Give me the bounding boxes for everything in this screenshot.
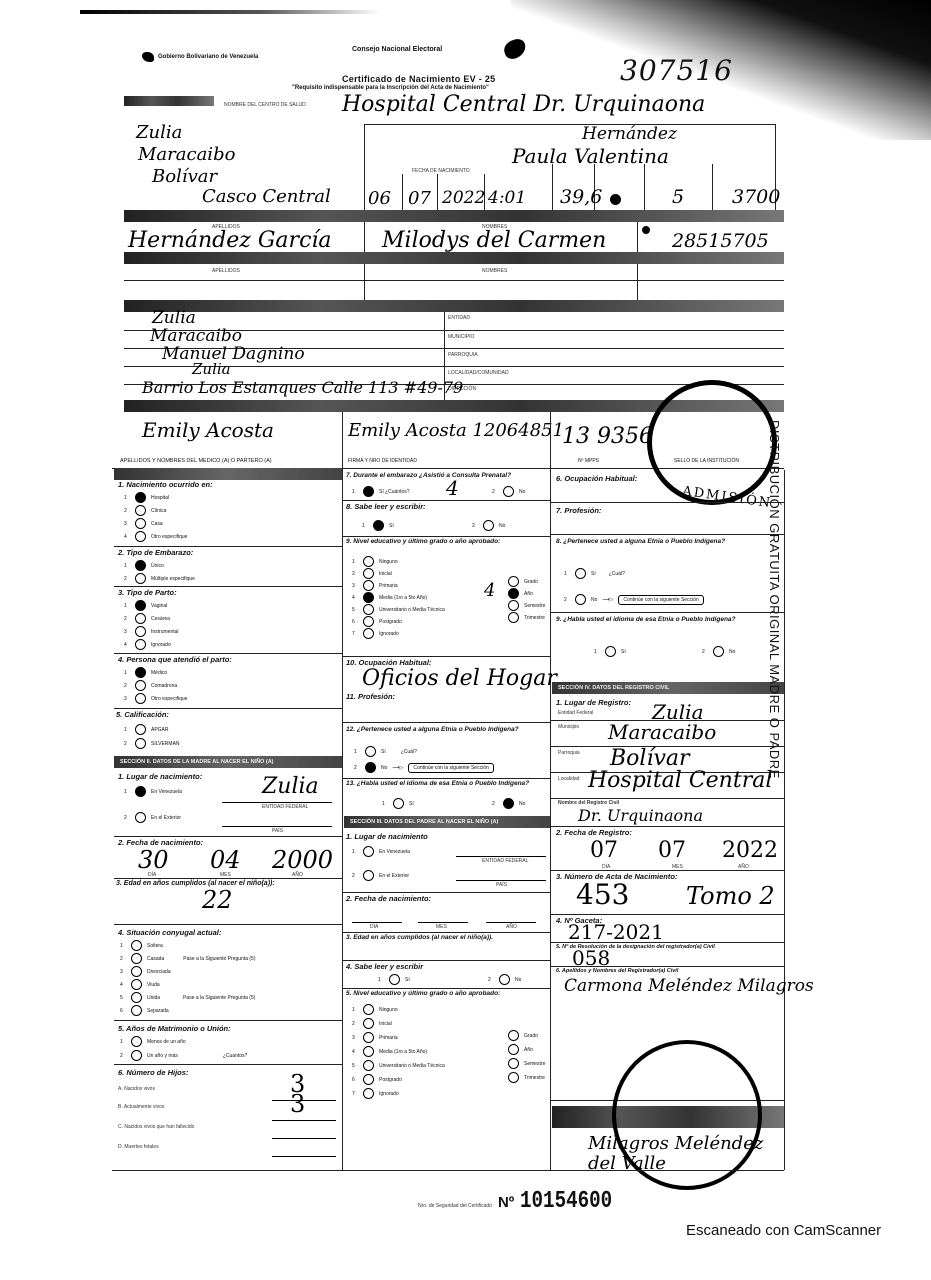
option-label: En Venezuela	[151, 789, 182, 795]
edu-option[interactable]: 6Postgrado	[352, 616, 402, 627]
option-label: Sí	[591, 571, 596, 577]
divider	[550, 502, 784, 503]
radio[interactable]	[131, 992, 142, 1003]
divider	[550, 966, 784, 967]
option-cesarea[interactable]: 2Cesárea	[124, 613, 170, 624]
radio[interactable]	[508, 600, 519, 611]
divider	[342, 722, 550, 723]
edu-option[interactable]: 7Ignorado	[352, 628, 399, 639]
option-label: Grado	[524, 1033, 538, 1039]
option-prenatal-yes[interactable]: 1Sí ¿Cuántos?	[352, 486, 410, 497]
gov-logo: Gobierno Bolivariano de Venezuela	[142, 52, 258, 62]
arrow-icon: ⟶▷	[602, 597, 613, 603]
option-instrumental[interactable]: 3Instrumental	[124, 626, 179, 637]
radio[interactable]	[363, 604, 374, 615]
edu-option[interactable]: 7Ignorado	[352, 1088, 399, 1099]
option-label: Grado	[524, 579, 538, 585]
radio[interactable]	[135, 639, 146, 650]
radio[interactable]	[363, 628, 374, 639]
reg-localidad-label: Localidad	[558, 776, 579, 782]
option-label: Primaria	[379, 583, 398, 589]
divider	[114, 653, 342, 654]
option-ethnic-no[interactable]: 2No⟶▷Continúe con la siguiente Sección	[354, 762, 494, 773]
pais-label: País	[272, 828, 283, 834]
radio[interactable]	[135, 693, 146, 704]
section-3-header: SECCIÓN III. DATOS DEL PADRE AL NACER EL…	[344, 816, 550, 828]
divider	[437, 174, 438, 210]
option-clinica[interactable]: 2Clínica	[124, 505, 166, 516]
option-label: Separada	[147, 1008, 169, 1014]
band	[124, 210, 784, 222]
option-language-no[interactable]: 2No	[492, 798, 525, 809]
option-label: Sí	[381, 749, 386, 755]
reg-year: 2022	[722, 838, 778, 863]
option-label: Inicial	[379, 571, 392, 577]
divider	[644, 164, 645, 210]
day-label: Día	[370, 924, 378, 930]
radio[interactable]	[508, 1030, 519, 1041]
option-menos-ano[interactable]: 1Menos de un año	[120, 1036, 186, 1047]
radio[interactable]	[508, 1072, 519, 1083]
which-label: ¿Cuál?	[401, 749, 417, 755]
radio-on[interactable]	[508, 588, 519, 599]
band	[124, 96, 214, 106]
security-number: Nro. de Seguridad del Certificado Nº 101…	[418, 1188, 635, 1215]
option-language-yes[interactable]: 1Sí	[382, 798, 414, 809]
section-4-header: SECCIÓN IV. DATOS DEL REGISTRO CIVIL	[552, 682, 784, 694]
radio[interactable]	[363, 1074, 374, 1085]
divider	[550, 914, 784, 915]
option-silverman[interactable]: 2SILVERMAN	[124, 738, 180, 749]
option-venezuela[interactable]: 1En Venezuela	[124, 786, 182, 797]
option-viuda[interactable]: 4Viuda	[120, 979, 160, 990]
option-label: En el Exterior	[151, 815, 181, 821]
radio[interactable]	[363, 568, 374, 579]
option-separada[interactable]: 6Separada	[120, 1005, 169, 1016]
option-label: Múltiple especifique	[151, 576, 195, 582]
children-alive: 3	[290, 1090, 305, 1118]
radio-on[interactable]	[135, 786, 146, 797]
option-label: Trimestre	[524, 615, 545, 621]
underline	[486, 922, 536, 923]
mother-birth-year: 2000	[272, 846, 333, 874]
edu-option[interactable]: 5Universitario o Media Técnica	[352, 604, 445, 615]
radio[interactable]	[363, 1060, 374, 1071]
institution-label: Nombre del Centro de Salud	[224, 102, 306, 108]
registry-q1-place: 1. Lugar de Registro:	[556, 698, 631, 707]
father-q1-birthplace: 1. Lugar de nacimiento	[346, 832, 428, 841]
radio-on[interactable]	[135, 492, 146, 503]
children-alive-label: B. Actualmente vivos	[118, 1104, 164, 1110]
birth-day: 06	[368, 188, 391, 209]
option-unico[interactable]: 1Único	[124, 560, 164, 571]
option-label: Sí ¿Cuántos?	[379, 489, 410, 495]
radio[interactable]	[363, 1032, 374, 1043]
option-label: Postgrado	[379, 1077, 402, 1083]
grade-value: 4	[484, 580, 495, 601]
grade-option[interactable]: Año	[508, 588, 533, 599]
divider	[550, 798, 784, 799]
option-soltera[interactable]: 1Soltera	[120, 940, 163, 951]
option-label: Clínica	[151, 508, 166, 514]
option-father-literate-yes[interactable]: 1Sí	[378, 974, 410, 985]
radio[interactable]	[508, 1058, 519, 1069]
option-label: No	[591, 597, 597, 603]
option-label: No	[515, 977, 521, 983]
distribution-vertical-text: DISTRIBUCIÓN GRATUITA ORIGINAL MADRE O P…	[767, 420, 782, 779]
radio[interactable]	[131, 940, 142, 951]
mother-q5-years-union: 5. Años de Matrimonio o Unión:	[118, 1024, 231, 1033]
gaceta-number: 217-2021	[568, 920, 664, 944]
doctor-mpps: 13 9356	[562, 424, 653, 449]
underline	[272, 1120, 336, 1121]
option-label: Un año y más	[147, 1053, 178, 1059]
father-q9-language: 9. ¿Habla usted el idioma de esa Etnia o…	[556, 616, 776, 623]
option-label: Otro especifique	[151, 534, 187, 540]
divider	[342, 656, 550, 657]
res-estado: Zulia	[152, 308, 196, 328]
mother-q13-language: 13. ¿Habla usted el idioma de esa Etnia …	[346, 780, 546, 787]
gestation-weeks: 39,6	[560, 186, 602, 208]
underline	[222, 802, 332, 803]
mother-q4-marital: 4. Situación conyugal actual:	[118, 928, 221, 937]
radio[interactable]	[363, 846, 374, 857]
edu-option[interactable]: 1Ninguno	[352, 556, 398, 567]
divider	[342, 988, 550, 989]
option-label: Viuda	[147, 982, 160, 988]
registry-q6-name: 6. Apellidos y Nombres del Registrador(a…	[556, 968, 678, 974]
mother-q12-ethnicity: 12. ¿Pertenece usted a alguna Etnia o Pu…	[346, 726, 546, 733]
radio[interactable]	[131, 1036, 142, 1047]
father-q8-ethnicity: 8. ¿Pertenece usted a alguna Etnia o Pue…	[556, 538, 776, 545]
edu-option[interactable]: 1Ninguno	[352, 1004, 398, 1015]
divider	[342, 932, 550, 933]
option-label: Instrumental	[151, 629, 179, 635]
doctor-name: Emily Acosta	[142, 418, 274, 442]
birth-time: 4:01	[488, 188, 526, 208]
children-born-alive-label: A. Nacidos vivos	[118, 1086, 155, 1092]
option-label: Menos de un año	[147, 1039, 186, 1045]
mother-birth-day: 30	[138, 846, 169, 874]
option-otro[interactable]: 4Otro especifique	[124, 531, 187, 542]
res-municipio: Maracaibo	[150, 326, 242, 346]
edu-option[interactable]: 6Postgrado	[352, 1074, 402, 1085]
radio[interactable]	[135, 531, 146, 542]
option-vaginal[interactable]: 1Vaginal	[124, 600, 167, 611]
option-label: No	[519, 801, 525, 807]
pais-label: País	[496, 882, 507, 888]
column-divider	[550, 470, 551, 1170]
section-1-header	[114, 468, 342, 480]
underline	[272, 1156, 336, 1157]
divider	[342, 960, 550, 961]
option-label: No	[519, 489, 525, 495]
grade-option[interactable]: Semestre	[508, 600, 545, 611]
option-literate-no[interactable]: 2No	[472, 520, 505, 531]
radio[interactable]	[508, 1044, 519, 1055]
radio[interactable]	[131, 1005, 142, 1016]
sex-radio[interactable]	[610, 194, 621, 205]
security-number-value: 10154600	[520, 1188, 612, 1215]
radio[interactable]	[393, 798, 404, 809]
signature-label: FIRMA Y NRO DE IDENTIDAD	[348, 458, 417, 464]
reg-municipio: Maracaibo	[608, 720, 716, 744]
option-label: Trimestre	[524, 1075, 545, 1081]
children-deceased-label: C. Nacidos vivos que han fallecido	[118, 1124, 194, 1130]
q1-birth-place: 1. Nacimiento ocurrido en:	[118, 480, 213, 489]
radio[interactable]	[389, 974, 400, 985]
divider	[114, 878, 342, 879]
option-label: Semestre	[524, 603, 545, 609]
radio[interactable]	[605, 646, 616, 657]
radio[interactable]	[365, 746, 376, 757]
option-label: Ignorado	[151, 642, 171, 648]
radio[interactable]	[135, 738, 146, 749]
option-literate-yes[interactable]: 1Sí	[362, 520, 394, 531]
father-q4-literacy: 4. Sabe leer y escribir	[346, 962, 423, 971]
reg-municipio-label: Municipio	[558, 724, 579, 730]
q4-attendant: 4. Persona que atendió el parto:	[118, 655, 232, 664]
edu-option[interactable]: 2Inicial	[352, 1018, 392, 1029]
option-label: En Venezuela	[379, 849, 410, 855]
option-casada[interactable]: 2CasadaPase a la Siguiente Pregunta (5)	[120, 953, 256, 964]
radio[interactable]	[363, 580, 374, 591]
edu-option[interactable]: 3Primaria	[352, 580, 398, 591]
option-label: Ninguno	[379, 559, 398, 565]
divider	[114, 836, 342, 837]
edu-option[interactable]: 2Inicial	[352, 568, 392, 579]
option-label: Sí	[389, 523, 394, 529]
radio[interactable]	[363, 1004, 374, 1015]
radio[interactable]	[363, 556, 374, 567]
radio[interactable]	[135, 613, 146, 624]
edu-option[interactable]: 3Primaria	[352, 1032, 398, 1043]
mother-age: 22	[202, 886, 233, 914]
option-ignorado[interactable]: 4Ignorado	[124, 639, 171, 650]
option-father-ethnic-yes[interactable]: 1Sí¿Cuál?	[564, 568, 625, 579]
radio-on[interactable]	[365, 762, 376, 773]
option-label: Universitario o Media Técnica	[379, 1063, 445, 1069]
option-label: Casada	[147, 956, 164, 962]
res-localidad: Zulia	[192, 360, 231, 378]
radio-on[interactable]	[135, 560, 146, 571]
option-apgar[interactable]: 1APGAR	[124, 724, 169, 735]
radio-on[interactable]	[503, 798, 514, 809]
option-father-ethnic-no[interactable]: 2No⟶▷Continúe con la siguiente Sección	[564, 594, 704, 605]
res-parroquia: Manuel Dagnino	[162, 344, 305, 364]
option-father-language-yes[interactable]: 1Sí	[594, 646, 626, 657]
peso: 3700	[732, 186, 780, 208]
option-exterior[interactable]: 2En el Exterior	[124, 812, 181, 823]
option-label: Sí	[409, 801, 414, 807]
option-label: Año	[524, 591, 533, 597]
fetal-deaths-label: D. Muertes fetales	[118, 1144, 159, 1150]
option-prenatal-no[interactable]: 2No	[492, 486, 525, 497]
radio[interactable]	[131, 953, 142, 964]
option-father-venezuela[interactable]: 1En Venezuela	[352, 846, 410, 857]
reg-month: 07	[658, 838, 686, 863]
id-type-radio[interactable]	[642, 226, 650, 234]
registry-q2-date: 2. Fecha de Registro:	[556, 828, 632, 837]
serial-number: 307516	[620, 54, 733, 87]
prenatal-count: 4	[446, 476, 459, 500]
divider	[342, 536, 550, 537]
radio[interactable]	[135, 518, 146, 529]
option-label: APGAR	[151, 727, 169, 733]
radio[interactable]	[503, 486, 514, 497]
mother-cedula: 28515705	[672, 230, 769, 252]
continue-box: Continúe con la siguiente Sección	[618, 595, 703, 605]
mother-q6-children: 6. Número de Hijos:	[118, 1068, 188, 1077]
mother-names: Milodys del Carmen	[382, 228, 606, 253]
registry-logo: Consejo Nacional Electoral	[352, 46, 442, 53]
reg-day: 07	[590, 838, 618, 863]
divider	[550, 942, 784, 943]
father-name-label: Nombres	[482, 268, 507, 274]
option-multiple[interactable]: 2Múltiple especifique	[124, 573, 195, 584]
option-comadrona[interactable]: 2Comadrona	[124, 680, 177, 691]
option-ano-mas[interactable]: 2Un año y más¿Cuántos?	[120, 1050, 247, 1061]
option-casa[interactable]: 3Casa	[124, 518, 163, 529]
grade-option[interactable]: Año	[508, 1044, 533, 1055]
radio[interactable]	[135, 505, 146, 516]
underline	[418, 922, 468, 923]
divider	[550, 826, 784, 827]
option-otro[interactable]: 3Otro especifique	[124, 693, 187, 704]
mother-occupation: Oficios del Hogar	[362, 666, 557, 691]
res-estado-label: Entidad	[448, 315, 470, 321]
option-label: Médico	[151, 670, 167, 676]
radio[interactable]	[135, 812, 146, 823]
radio[interactable]	[508, 612, 519, 623]
option-label: Divorciada	[147, 969, 171, 975]
grade-option[interactable]: Grado	[508, 576, 538, 587]
father-q5-education: 5. Nivel educativo y último grado o año …	[346, 990, 500, 997]
radio[interactable]	[131, 966, 142, 977]
option-hospital[interactable]: 1Hospital	[124, 492, 169, 503]
option-label: Semestre	[524, 1061, 545, 1067]
underline	[222, 826, 332, 827]
column-divider	[784, 470, 785, 1170]
birth-parroquia: Bolívar	[152, 166, 217, 187]
option-medico[interactable]: 1Médico	[124, 667, 167, 678]
divider	[342, 892, 550, 893]
radio[interactable]	[135, 626, 146, 637]
radio[interactable]	[363, 1088, 374, 1099]
radio[interactable]	[575, 568, 586, 579]
option-label: Postgrado	[379, 619, 402, 625]
divider	[402, 174, 403, 210]
option-ethnic-yes[interactable]: 1Sí¿Cuál?	[354, 746, 417, 757]
radio-on[interactable]	[135, 667, 146, 678]
radio[interactable]	[499, 974, 510, 985]
option-divorciada[interactable]: 3Divorciada	[120, 966, 171, 977]
q5-score: 5. Calificación:	[116, 710, 169, 719]
option-label: Primaria	[379, 1035, 398, 1041]
mother-q11-profession: 11. Profesión:	[346, 692, 395, 701]
edu-option[interactable]: 4Media (1ro a 5to Año)	[352, 592, 427, 603]
radio[interactable]	[575, 594, 586, 605]
birth-month: 07	[408, 188, 431, 209]
divider	[712, 164, 713, 210]
acta-number: 453	[576, 878, 629, 911]
radio[interactable]	[131, 1050, 142, 1061]
option-label: Sí	[621, 649, 626, 655]
radio[interactable]	[135, 724, 146, 735]
father-q3-age: 3. Edad en años cumplidos (al nacer el n…	[346, 934, 493, 941]
option-label: Ninguno	[379, 1007, 398, 1013]
radio-on[interactable]	[373, 520, 384, 531]
reg-entidad-label: Entidad Federal	[558, 710, 593, 716]
divider	[114, 924, 342, 925]
entidad-label: Entidad Federal	[482, 858, 528, 864]
option-label: Comadrona	[151, 683, 177, 689]
radio-on[interactable]	[363, 592, 374, 603]
option-father-language-no[interactable]: 2No	[702, 646, 735, 657]
grade-option[interactable]: Grado	[508, 1030, 538, 1041]
reg-registro: Dr. Urquinaona	[578, 806, 703, 825]
arrow-icon: ⟶▷	[392, 765, 403, 771]
newborn-surname: Hernández	[582, 124, 677, 144]
divider	[342, 778, 550, 779]
option-label: SILVERMAN	[151, 741, 180, 747]
option-father-literate-no[interactable]: 2No	[488, 974, 521, 985]
continue-box: Continúe con la siguiente Sección	[408, 763, 493, 773]
reg-parroquia-label: Parroquia	[558, 750, 580, 756]
radio[interactable]	[508, 576, 519, 587]
option-father-exterior[interactable]: 2En el Exterior	[352, 870, 409, 881]
grade-option[interactable]: Trimestre	[508, 1072, 545, 1083]
birth-year: 2022	[442, 188, 485, 208]
birth-certificate: Gobierno Bolivariano de Venezuela Consej…	[112, 40, 812, 1200]
option-unida[interactable]: 5UnidaPase a la Siguiente Pregunta (5)	[120, 992, 255, 1003]
option-label: Ignorado	[379, 631, 399, 637]
underline	[456, 880, 546, 881]
radio[interactable]	[713, 646, 724, 657]
radio-on[interactable]	[363, 486, 374, 497]
option-label: Media (1ro a 5to Año)	[379, 1049, 427, 1055]
institution-name: Hospital Central Dr. Urquinaona	[342, 92, 705, 117]
radio[interactable]	[363, 870, 374, 881]
mother-q1-birthplace: 1. Lugar de nacimiento:	[118, 772, 202, 781]
radio[interactable]	[363, 1046, 374, 1057]
certificate-subtitle: "Requisito indispensable para la Inscrip…	[292, 85, 489, 91]
mother-q3-age: 3. Edad en años cumplidos (al nacer el n…	[116, 880, 275, 887]
radio[interactable]	[131, 979, 142, 990]
res-parroquia-label: Parroquia	[448, 352, 478, 358]
acta-tomo: Tomo 2	[686, 882, 775, 910]
underline	[352, 922, 402, 923]
divider	[114, 1064, 342, 1065]
edu-option[interactable]: 5Universitario o Media Técnica	[352, 1060, 445, 1071]
radio[interactable]	[363, 616, 374, 627]
radio-on[interactable]	[135, 600, 146, 611]
radio[interactable]	[483, 520, 494, 531]
father-q6-occupation: 6. Ocupación Habitual:	[556, 474, 637, 483]
radio[interactable]	[135, 680, 146, 691]
option-label: Casa	[151, 521, 163, 527]
no-label: Nº	[498, 1194, 514, 1211]
divider	[114, 546, 342, 547]
grade-option[interactable]: Trimestre	[508, 612, 545, 623]
grade-option[interactable]: Semestre	[508, 1058, 545, 1069]
underline	[456, 856, 546, 857]
edu-option[interactable]: 4Media (1ro a 5to Año)	[352, 1046, 427, 1057]
mpps-label: Nº MPPS	[578, 458, 599, 464]
doctor-name-label: APELLIDOS Y NOMBRES DEL MEDICO (A) O PAR…	[120, 458, 272, 464]
radio[interactable]	[135, 573, 146, 584]
radio[interactable]	[363, 1018, 374, 1029]
